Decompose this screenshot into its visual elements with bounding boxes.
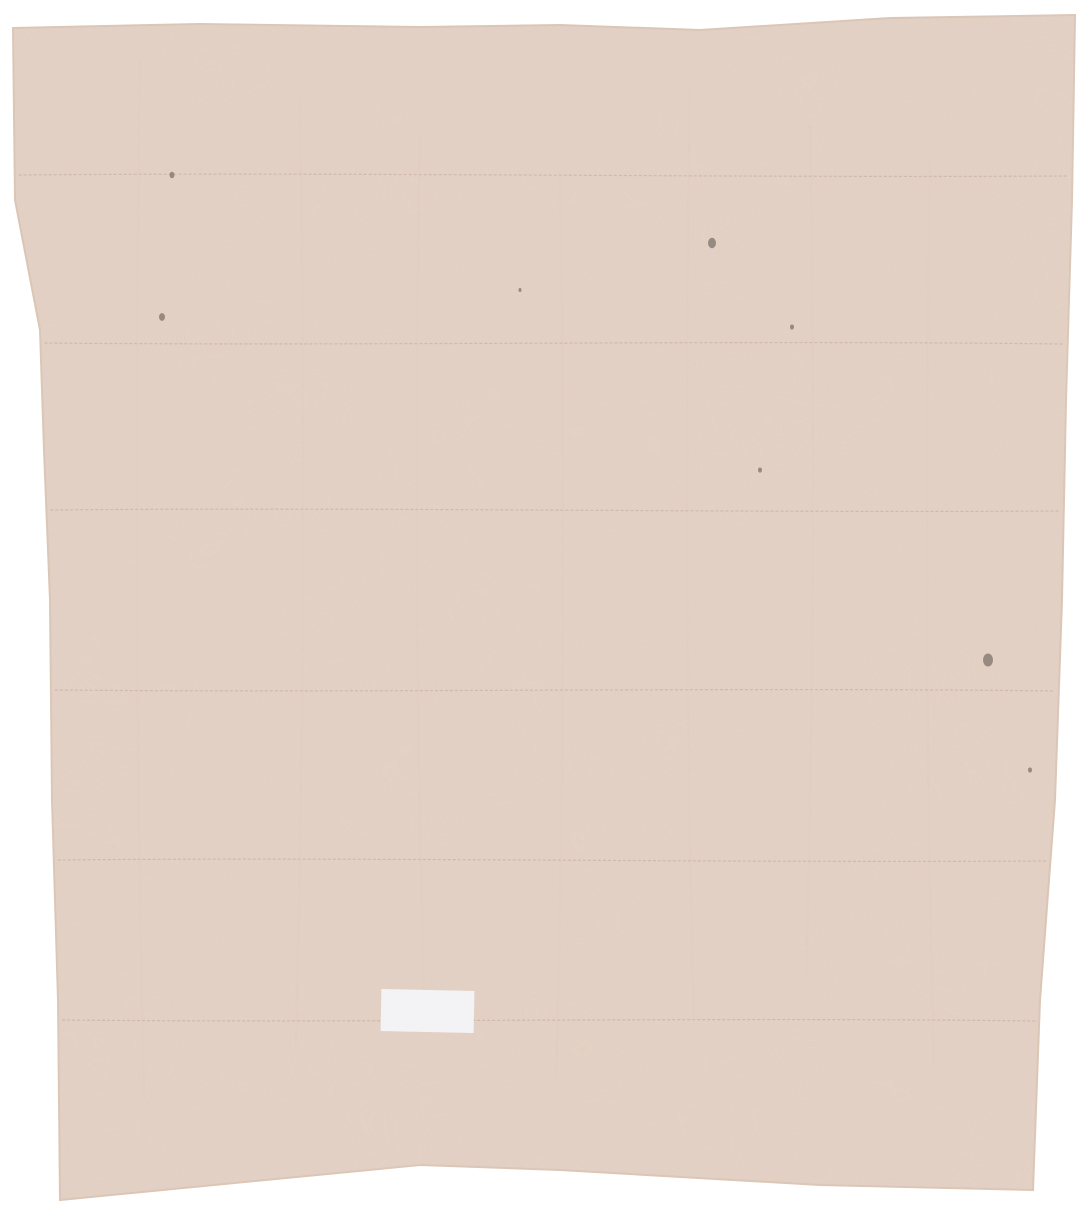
white-fabric-label bbox=[381, 989, 475, 1033]
stain-spot bbox=[983, 654, 993, 667]
quilt-textile bbox=[13, 15, 1075, 1200]
textile-weave-texture bbox=[13, 15, 1075, 1200]
stain-spot bbox=[708, 238, 716, 248]
stain-spot bbox=[170, 172, 175, 179]
stain-spot bbox=[159, 313, 165, 321]
textile-photo bbox=[0, 0, 1090, 1213]
stain-spot bbox=[519, 288, 522, 292]
stain-spot bbox=[1028, 767, 1032, 772]
stain-spot bbox=[790, 324, 794, 329]
stain-spot bbox=[758, 467, 762, 472]
